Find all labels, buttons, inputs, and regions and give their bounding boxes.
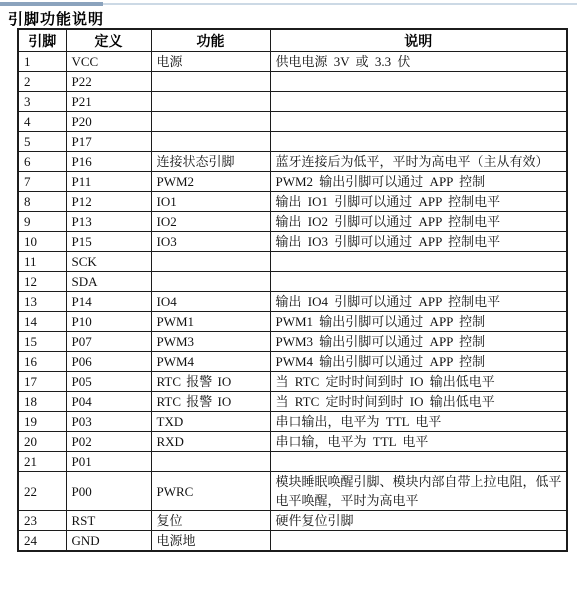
section-title: 引脚功能说明 [8, 8, 104, 29]
description-cell [270, 132, 567, 152]
pin-cell: 3 [18, 92, 66, 112]
table-row: 13P14IO4输出 IO4 引脚可以通过 APP 控制电平 [18, 292, 567, 312]
description-cell [270, 452, 567, 472]
pin-cell: 6 [18, 152, 66, 172]
pin-cell: 10 [18, 232, 66, 252]
table-row: 19P03TXD串口输出，电平为 TTL 电平 [18, 412, 567, 432]
table-row: 20P02RXD串口输，电平为 TTL 电平 [18, 432, 567, 452]
definition-cell: P00 [66, 472, 151, 511]
function-cell [151, 112, 270, 132]
definition-cell: P07 [66, 332, 151, 352]
function-cell [151, 132, 270, 152]
function-cell: TXD [151, 412, 270, 432]
description-cell: 输出 IO1 引脚可以通过 APP 控制电平 [270, 192, 567, 212]
pin-cell: 2 [18, 72, 66, 92]
function-cell: IO3 [151, 232, 270, 252]
column-header-description: 说明 [270, 29, 567, 52]
description-cell: 供电电源 3V 或 3.3 伏 [270, 52, 567, 72]
definition-cell: P16 [66, 152, 151, 172]
definition-cell: P13 [66, 212, 151, 232]
pin-cell: 24 [18, 531, 66, 552]
function-cell: 电源 [151, 52, 270, 72]
function-cell: 电源地 [151, 531, 270, 552]
definition-cell: GND [66, 531, 151, 552]
table-header-row: 引脚 定义 功能 说明 [18, 29, 567, 52]
pin-cell: 5 [18, 132, 66, 152]
description-cell: 输出 IO4 引脚可以通过 APP 控制电平 [270, 292, 567, 312]
definition-cell: P05 [66, 372, 151, 392]
pin-cell: 15 [18, 332, 66, 352]
description-cell: 当 RTC 定时时间到时 IO 输出低电平 [270, 372, 567, 392]
table-row: 2P22 [18, 72, 567, 92]
function-cell: RXD [151, 432, 270, 452]
description-cell [270, 112, 567, 132]
pin-cell: 22 [18, 472, 66, 511]
definition-cell: P11 [66, 172, 151, 192]
column-header-pin: 引脚 [18, 29, 66, 52]
pin-cell: 18 [18, 392, 66, 412]
function-cell [151, 252, 270, 272]
top-accent-bar [0, 2, 577, 6]
description-cell: 输出 IO3 引脚可以通过 APP 控制电平 [270, 232, 567, 252]
definition-cell: SDA [66, 272, 151, 292]
definition-cell: P14 [66, 292, 151, 312]
definition-cell: P04 [66, 392, 151, 412]
definition-cell: P10 [66, 312, 151, 332]
pin-cell: 12 [18, 272, 66, 292]
table-row: 9P13IO2输出 IO2 引脚可以通过 APP 控制电平 [18, 212, 567, 232]
definition-cell: P17 [66, 132, 151, 152]
table-row: 10P15IO3输出 IO3 引脚可以通过 APP 控制电平 [18, 232, 567, 252]
table-row: 12SDA [18, 272, 567, 292]
pin-cell: 14 [18, 312, 66, 332]
accent-bar-dark-segment [0, 2, 103, 6]
description-cell: 蓝牙连接后为低平，平时为高电平（主从有效） [270, 152, 567, 172]
description-cell: PWM3 输出引脚可以通过 APP 控制 [270, 332, 567, 352]
accent-bar-light-segment [103, 3, 577, 5]
function-cell [151, 72, 270, 92]
function-cell: 复位 [151, 511, 270, 531]
function-cell: PWM3 [151, 332, 270, 352]
table-row: 16P06PWM4PWM4 输出引脚可以通过 APP 控制 [18, 352, 567, 372]
table-row: 22P00PWRC模块睡眠唤醒引脚、模块内部自带上拉电阻，低平电平唤醒，平时为高… [18, 472, 567, 511]
pin-cell: 19 [18, 412, 66, 432]
table-row: 15P07PWM3PWM3 输出引脚可以通过 APP 控制 [18, 332, 567, 352]
pin-cell: 21 [18, 452, 66, 472]
pin-cell: 1 [18, 52, 66, 72]
description-cell [270, 92, 567, 112]
definition-cell: P12 [66, 192, 151, 212]
pin-cell: 9 [18, 212, 66, 232]
table-row: 11SCK [18, 252, 567, 272]
description-cell [270, 272, 567, 292]
definition-cell: P22 [66, 72, 151, 92]
table-row: 1VCC电源供电电源 3V 或 3.3 伏 [18, 52, 567, 72]
function-cell: IO2 [151, 212, 270, 232]
function-cell: 连接状态引脚 [151, 152, 270, 172]
column-header-definition: 定义 [66, 29, 151, 52]
description-cell: 输出 IO2 引脚可以通过 APP 控制电平 [270, 212, 567, 232]
definition-cell: VCC [66, 52, 151, 72]
function-cell: PWM2 [151, 172, 270, 192]
table-row: 17P05RTC 报警 IO当 RTC 定时时间到时 IO 输出低电平 [18, 372, 567, 392]
column-header-function: 功能 [151, 29, 270, 52]
description-cell: 硬件复位引脚 [270, 511, 567, 531]
pin-cell: 8 [18, 192, 66, 212]
description-cell: PWM4 输出引脚可以通过 APP 控制 [270, 352, 567, 372]
definition-cell: P21 [66, 92, 151, 112]
table-row: 5P17 [18, 132, 567, 152]
function-cell: PWM4 [151, 352, 270, 372]
definition-cell: SCK [66, 252, 151, 272]
pin-cell: 7 [18, 172, 66, 192]
function-cell: PWM1 [151, 312, 270, 332]
table-row: 23RST复位硬件复位引脚 [18, 511, 567, 531]
description-cell [270, 252, 567, 272]
function-cell: IO4 [151, 292, 270, 312]
table-row: 24GND电源地 [18, 531, 567, 552]
table-row: 6P16连接状态引脚蓝牙连接后为低平，平时为高电平（主从有效） [18, 152, 567, 172]
function-cell [151, 452, 270, 472]
table-row: 18P04RTC 报警 IO当 RTC 定时时间到时 IO 输出低电平 [18, 392, 567, 412]
table-row: 3P21 [18, 92, 567, 112]
document-page: 引脚功能说明 引脚 定义 功能 说明 1VCC电源供电电源 3V 或 3.3 伏… [0, 0, 577, 589]
pin-cell: 13 [18, 292, 66, 312]
pin-function-table: 引脚 定义 功能 说明 1VCC电源供电电源 3V 或 3.3 伏2P223P2… [17, 28, 568, 552]
table-row: 4P20 [18, 112, 567, 132]
pin-function-table-body: 1VCC电源供电电源 3V 或 3.3 伏2P223P214P205P176P1… [18, 52, 567, 552]
definition-cell: P06 [66, 352, 151, 372]
function-cell [151, 92, 270, 112]
function-cell [151, 272, 270, 292]
description-cell [270, 531, 567, 552]
table-row: 7P11PWM2PWM2 输出引脚可以通过 APP 控制 [18, 172, 567, 192]
table-row: 14P10PWM1PWM1 输出引脚可以通过 APP 控制 [18, 312, 567, 332]
pin-cell: 17 [18, 372, 66, 392]
pin-cell: 23 [18, 511, 66, 531]
pin-cell: 16 [18, 352, 66, 372]
table-row: 21P01 [18, 452, 567, 472]
description-cell: PWM2 输出引脚可以通过 APP 控制 [270, 172, 567, 192]
description-cell: 串口输出，电平为 TTL 电平 [270, 412, 567, 432]
function-cell: IO1 [151, 192, 270, 212]
pin-cell: 20 [18, 432, 66, 452]
definition-cell: P02 [66, 432, 151, 452]
description-cell: PWM1 输出引脚可以通过 APP 控制 [270, 312, 567, 332]
function-cell: RTC 报警 IO [151, 392, 270, 412]
function-cell: RTC 报警 IO [151, 372, 270, 392]
pin-cell: 11 [18, 252, 66, 272]
description-cell [270, 72, 567, 92]
pin-cell: 4 [18, 112, 66, 132]
table-row: 8P12IO1输出 IO1 引脚可以通过 APP 控制电平 [18, 192, 567, 212]
function-cell: PWRC [151, 472, 270, 511]
definition-cell: RST [66, 511, 151, 531]
definition-cell: P03 [66, 412, 151, 432]
description-cell: 串口输，电平为 TTL 电平 [270, 432, 567, 452]
description-cell: 当 RTC 定时时间到时 IO 输出低电平 [270, 392, 567, 412]
definition-cell: P15 [66, 232, 151, 252]
definition-cell: P01 [66, 452, 151, 472]
definition-cell: P20 [66, 112, 151, 132]
description-cell: 模块睡眠唤醒引脚、模块内部自带上拉电阻，低平电平唤醒，平时为高电平 [270, 472, 567, 511]
